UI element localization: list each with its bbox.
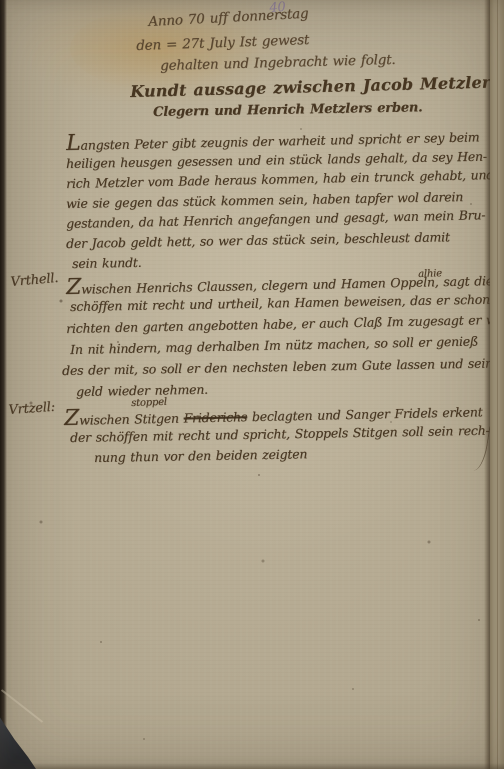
- verdict1-line: richten den garten angebotten habe, er a…: [66, 314, 504, 336]
- page-edge-inner-line: [497, 0, 498, 769]
- verdict2-line: nung thun vor den beiden zeigten: [94, 448, 307, 464]
- page-edge-bottom: [0, 763, 504, 769]
- testimony-line: wie sie gegen das stück kommen sein, hab…: [66, 191, 463, 210]
- margin-note-urtzell: Vrtzell:: [8, 401, 55, 417]
- page-corner-curl-highlight: [1, 689, 43, 723]
- struck-word: Friderichs: [183, 409, 247, 425]
- margin-note-urthell: Vrthell.: [10, 272, 59, 289]
- verdict2-line: der schöffen mit recht und spricht, Stop…: [70, 425, 490, 445]
- verdict1-line: geld wieder nehmen.: [76, 384, 208, 399]
- testimony-line: gestanden, da hat Henrich angefangen und…: [66, 209, 485, 230]
- testimony-line: rich Metzler vom Bade heraus kommen, hab…: [66, 169, 494, 190]
- testimony-line: sein kundt.: [72, 257, 142, 271]
- date-line-3: gehalten und Ingebracht wie folgt.: [160, 54, 396, 74]
- verdict1-line: In nit hindern, mag derhalben Im nütz ma…: [70, 335, 478, 356]
- page-edge-right: [490, 0, 504, 769]
- verdict1-line: schöffen mit recht und urtheil, kan Hame…: [70, 294, 490, 314]
- title-line-2: Clegern und Henrich Metzlers erben.: [153, 101, 423, 119]
- testimony-line: Langsten Peter gibt zeugnis der warheit …: [66, 127, 480, 152]
- verdict1-line: des der mit, so soll er den nechsten leb…: [62, 357, 493, 377]
- verdict2-line1-before: Zwischen Stitgen: [64, 410, 184, 427]
- manuscript-page: 40 Anno 70 uff donnerstag den = 27t July…: [0, 0, 504, 769]
- verdict2-line1-after: beclagten und Sanger Fridels erkent: [247, 404, 483, 424]
- date-line-2: den = 27t July Ist gewest: [136, 34, 309, 54]
- interlinear-insertion-stoppel: stoppel: [131, 398, 167, 409]
- binding-edge-left: [0, 0, 7, 769]
- testimony-line: der Jacob geldt hett, so wer das stück s…: [66, 231, 450, 250]
